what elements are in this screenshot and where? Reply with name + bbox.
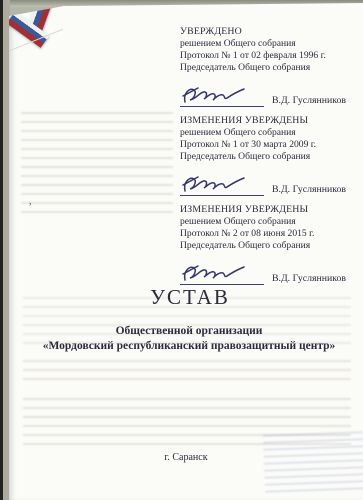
city-label: г. Саранск xyxy=(9,452,363,463)
bleed-through-text xyxy=(21,112,173,216)
approval-protocol-line: Протокол № 1 от 02 февраля 1996 г. xyxy=(180,50,363,62)
organization-name: «Мордовский республиканский правозащитны… xyxy=(15,339,363,354)
stray-ink-mark: , xyxy=(29,196,32,207)
document-subtitle: Общественной организации «Мордовский рес… xyxy=(9,324,363,353)
approval-block-1996: УВЕРЖДЕНО решением Общего собрания Прото… xyxy=(180,26,363,107)
approval-chairman-line: Председатель Общего собрания xyxy=(180,240,363,252)
signature-row: В.Д. Гуслянников xyxy=(180,83,363,107)
signature-scribble-icon xyxy=(180,261,248,287)
signature-line xyxy=(180,82,264,107)
approval-blocks: УВЕРЖДЕНО решением Общего собрания Прото… xyxy=(180,26,363,293)
signature-line xyxy=(180,171,264,196)
approval-chairman-line: Председатель Общего собрания xyxy=(180,151,363,163)
organization-type: Общественной организации xyxy=(15,324,363,339)
bleed-through-text xyxy=(23,360,351,384)
signatory-name: В.Д. Гуслянников xyxy=(272,273,346,285)
signatory-name: В.Д. Гуслянников xyxy=(272,184,346,196)
tricolor-ribbon-icon xyxy=(11,0,81,58)
approval-resolution-line: решением Общего собрания xyxy=(180,216,363,228)
document-page: , УВЕРЖДЕНО решением Общего собрания Про… xyxy=(9,0,363,500)
bleed-through-text xyxy=(23,398,351,450)
signature-scribble-icon xyxy=(180,83,248,109)
signature-row: В.Д. Гуслянников xyxy=(180,172,363,196)
approval-block-2015: ИЗМЕНЕНИЯ УВЕРЖДЕНЫ решением Общего собр… xyxy=(180,204,363,285)
approval-block-2009: ИЗМЕНЕНИЯ УВЕРЖДЕНЫ решением Общего собр… xyxy=(180,115,363,196)
approval-protocol-line: Протокол № 1 от 30 марта 2009 г. xyxy=(180,139,363,151)
signatory-name: В.Д. Гуслянников xyxy=(272,95,346,107)
scan-left-margin xyxy=(3,0,10,500)
approval-chairman-line: Председатель Общего собрания xyxy=(180,62,363,74)
approval-resolution-line: решением Общего собрания xyxy=(180,127,363,139)
approval-resolution-line: решением Общего собрания xyxy=(180,38,363,50)
approval-title: УВЕРЖДЕНО xyxy=(180,26,363,38)
approval-title: ИЗМЕНЕНИЯ УВЕРЖДЕНЫ xyxy=(180,204,363,216)
scanned-document: , УВЕРЖДЕНО решением Общего собрания Про… xyxy=(0,0,363,500)
signature-line xyxy=(180,260,264,285)
document-title: УСТАВ xyxy=(9,285,363,310)
signature-row: В.Д. Гуслянников xyxy=(180,261,363,285)
approval-protocol-line: Протокол № 2 от 08 июня 2015 г. xyxy=(180,228,363,240)
approval-title: ИЗМЕНЕНИЯ УВЕРЖДЕНЫ xyxy=(180,115,363,127)
signature-scribble-icon xyxy=(180,172,248,198)
